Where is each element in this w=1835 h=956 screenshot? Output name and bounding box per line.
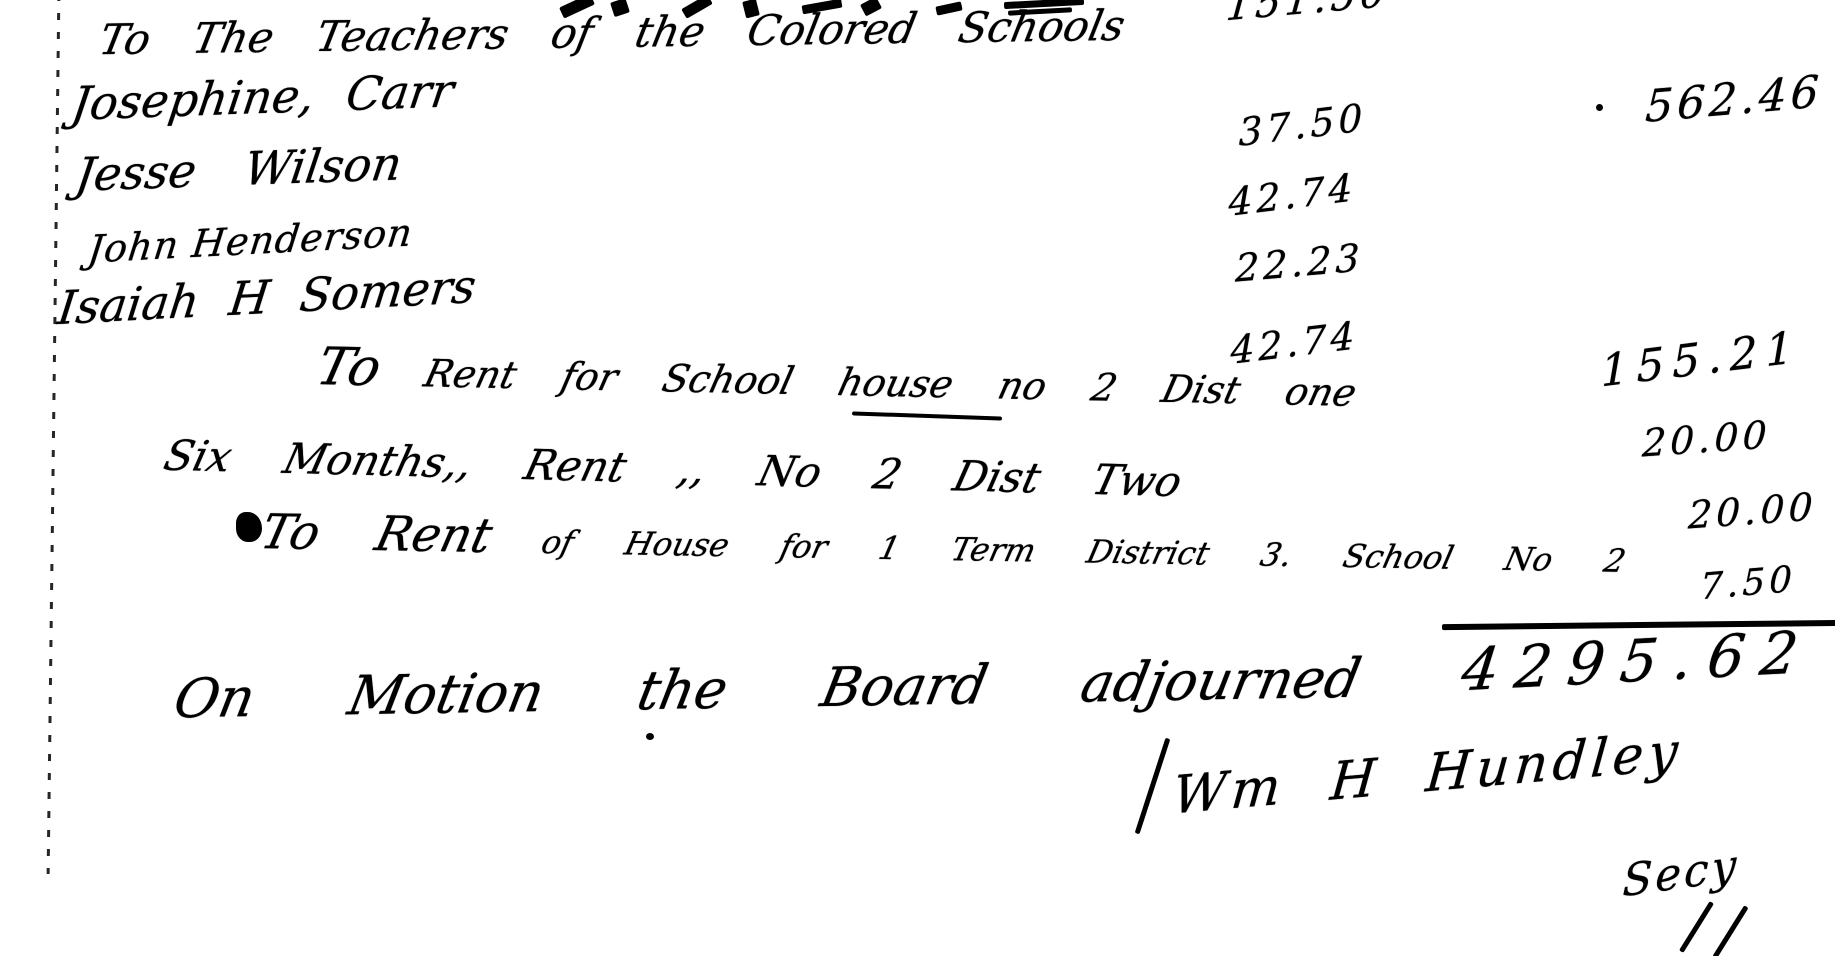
ink-stroke-through-house xyxy=(852,411,1002,420)
signature-flourish-stroke xyxy=(1135,738,1171,835)
scanned-minutes-page: 151.50 To The Teachers of the Colored Sc… xyxy=(0,0,1835,956)
rent-entry-text: of House for 1 Term District 3. School N… xyxy=(538,523,1629,580)
rent-amount: 20.00 xyxy=(1641,415,1771,462)
teacher-name: Jesse Wilson xyxy=(73,140,405,198)
total-amount: 4295.62 xyxy=(1459,623,1818,700)
rent-entry-lead: Six xyxy=(159,431,237,481)
signature-underline-stroke xyxy=(1712,905,1748,956)
carryover-amount: 562.46 xyxy=(1644,70,1824,130)
teacher-amount: 22.23 xyxy=(1235,238,1364,287)
signature-underline-stroke xyxy=(1679,901,1714,953)
signature-title: Secy xyxy=(1622,843,1740,904)
closing-line: On Motion the Board adjourned xyxy=(170,652,1365,727)
teacher-amount: 42.74 xyxy=(1228,168,1357,222)
rent-entry: To Rent of House for 1 Term District 3. … xyxy=(257,508,1632,580)
teacher-amount: 37.50 xyxy=(1238,98,1367,152)
rent-entry-text: Rent for School house no 2 Dist one xyxy=(420,351,1361,414)
ink-blot xyxy=(236,512,262,542)
teacher-name: Isaiah H Somers xyxy=(55,263,478,331)
rent-entry-lead: To xyxy=(311,337,387,398)
rent-amount: 20.00 xyxy=(1687,487,1817,534)
ink-speck xyxy=(1596,104,1603,111)
signature-name: Wm H Hundley xyxy=(1171,725,1685,822)
entry-heading: To The Teachers of the Colored Schools xyxy=(96,5,1128,61)
cutoff-amount: 151.50 xyxy=(1225,0,1392,27)
teacher-name: John Henderson xyxy=(86,213,415,268)
margin-rule-line xyxy=(47,0,61,874)
rent-entry-text: Months,, Rent ,, No 2 Dist Two xyxy=(279,434,1187,506)
rent-entry: Six Months,, Rent ,, No 2 Dist Two xyxy=(160,435,1186,503)
ink-speck xyxy=(646,733,654,740)
rent-amount: 7.50 xyxy=(1700,562,1796,607)
rent-entry-lead: To Rent xyxy=(256,504,498,564)
teachers-subtotal-amount: 155.21 xyxy=(1600,326,1801,395)
teacher-name: Josephine, Carr xyxy=(69,67,457,127)
rent-entry: To Rent for School house no 2 Dist one xyxy=(312,341,1363,415)
